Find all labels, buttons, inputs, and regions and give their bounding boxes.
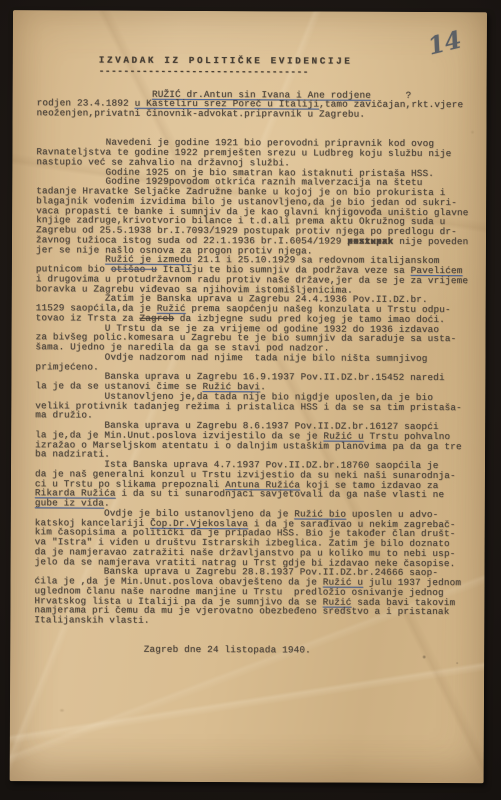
paper-sheet: 14 IZVADAK IZ POLITIČKE EVIDENCIJE -----… xyxy=(10,10,487,783)
text-line: Zagreb dne 24 listopada 1940. xyxy=(34,645,480,657)
text-segment: postupakxxxxxxxx xyxy=(347,236,393,246)
text-segment: Italijanskih vlasti. xyxy=(34,614,149,626)
text-line: veliki protivnik tadanjeg režima i prist… xyxy=(35,401,481,413)
text-segment: nije poveden xyxy=(393,236,468,247)
page-text: IZVADAK IZ POLITIČKE EVIDENCIJE --------… xyxy=(34,55,483,656)
text-line: Ovdje nadzorom nad njime tada nije bilo … xyxy=(35,352,481,364)
document-body: RUŽIĆ dr.Antun sin Ivana i Ane rodjene ?… xyxy=(34,89,482,656)
title-underline: ---------------------------------- xyxy=(99,66,483,77)
page-number-annotation: 14 xyxy=(424,24,463,60)
scanned-document: 14 IZVADAK IZ POLITIČKE EVIDENCIJE -----… xyxy=(0,0,501,800)
text-segment: i da su ti sunarodnjaci savjetovali da g… xyxy=(116,488,445,500)
text-segment: neoženjen,privatni činovnik-advokat.prip… xyxy=(37,107,366,119)
text-segment: veliki protivnik tadanjeg režima i prist… xyxy=(35,400,462,413)
text-segment: Zagreb dne 24 listopada 1940. xyxy=(34,644,311,656)
strikeout-overlay: xxxxxxxx xyxy=(347,236,393,246)
